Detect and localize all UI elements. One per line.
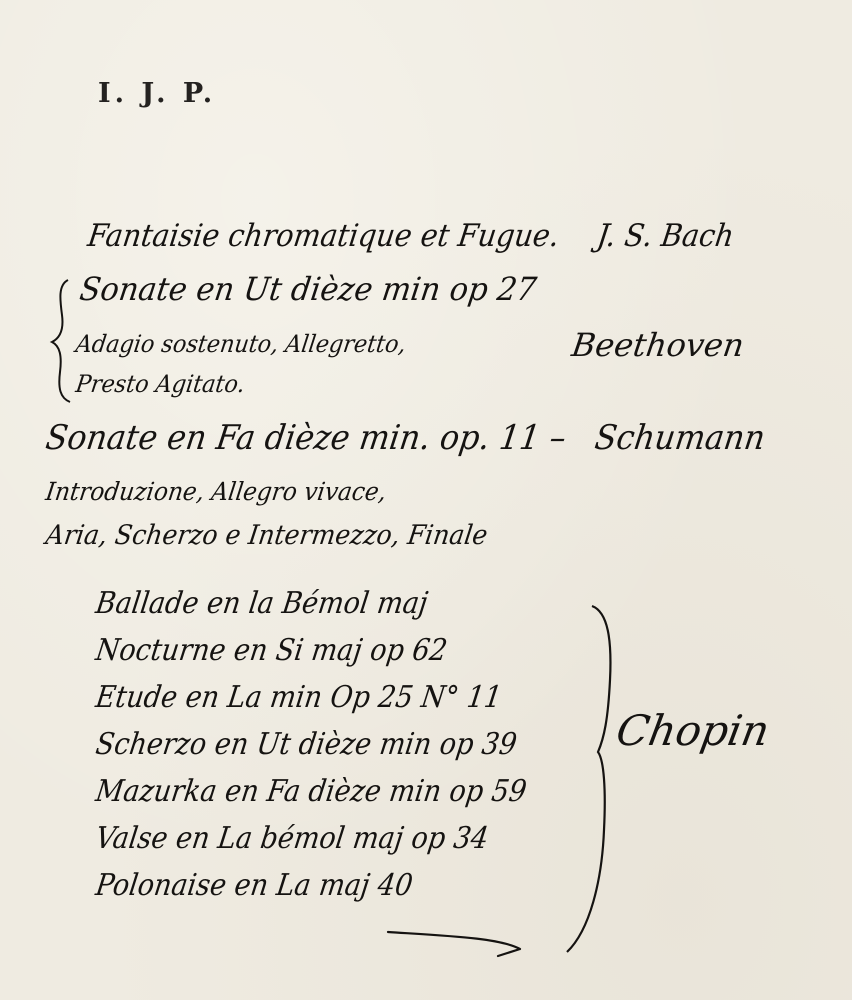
- hand-drawn-braces: [0, 0, 852, 1000]
- chopin-brace: [567, 606, 610, 952]
- beethoven-brace: [52, 280, 70, 402]
- chopin-brace-tail: [388, 932, 520, 956]
